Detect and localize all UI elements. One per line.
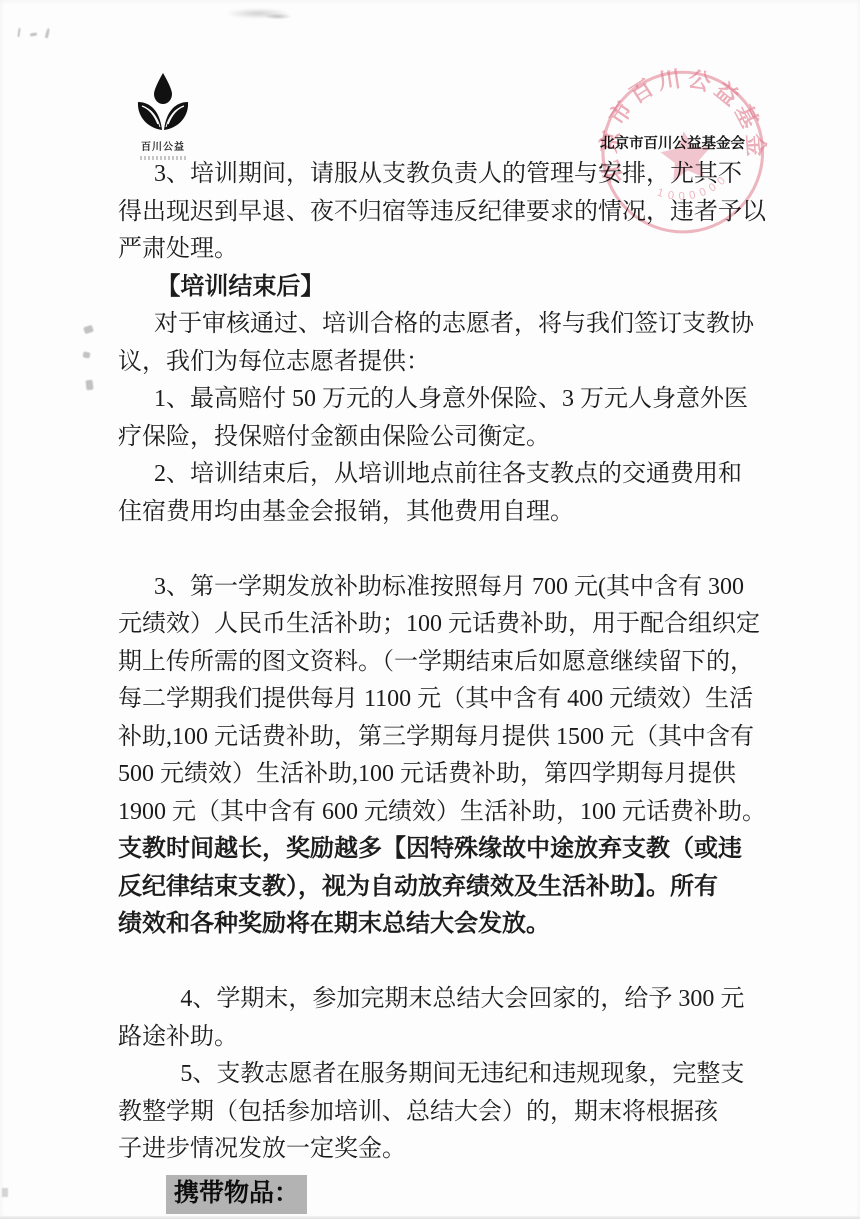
paragraph-return-subsidy: 4、学期末，参加完期末总结大会回家的，给予 300 元 路途补助。 (118, 981, 818, 1056)
subsidy-bold-clause: 支教时间越长，奖励越多【因特殊缘故中途放弃支教（或违 反纪律结束支教），视为自动… (118, 836, 742, 937)
paragraph-insurance: 1、最高赔付 50 万元的人身意外保险、3 万元人身意外医 疗保险，投保赔付金额… (118, 381, 818, 456)
paragraph-subsidy: 3、第一学期发放补助标准按照每月 700 元(其中含有 300 元绩效）人民币生… (118, 531, 818, 981)
scan-smudge (212, 6, 304, 21)
margin-pencil-mark (83, 351, 91, 358)
scan-speck (17, 28, 20, 37)
seal-code: 1000000 (653, 171, 733, 206)
margin-pencil-mark (85, 380, 93, 391)
scanned-document-page: 百川公益 北京市百川公益基金会 北京市百川公益基金会 1000000 3、培训期… (0, 0, 860, 1219)
paragraph-bonus: 5、支教志愿者在服务期间无违纪和违规现象，完整支 教整学期（包括参加培训、总结大… (118, 1056, 818, 1169)
paragraph-travel-reimbursement: 2、培训结束后，从培训地点前往各支教点的交通费用和 住宿费用均由基金会报销，其他… (118, 456, 818, 531)
carry-items-label: 携带物品： (166, 1175, 307, 1214)
logo-name: 百川公益 (128, 138, 198, 153)
paragraph-agreement: 对于审核通过、培训合格的志愿者，将与我们签订支教协 议，我们为每位志愿者提供： (118, 306, 818, 381)
scan-speck (45, 28, 50, 38)
document-body: 3、培训期间，请服从支教负责人的管理与安排，尤其不 得出现迟到早退、夜不归宿等违… (118, 156, 818, 1214)
scan-speck (30, 32, 37, 36)
subsidy-normal-text: 3、第一学期发放补助标准按照每月 700 元(其中含有 300 元绩效）人民币生… (118, 574, 766, 825)
scan-smudge (258, 12, 298, 21)
margin-pencil-mark (83, 325, 94, 334)
heading-after-training: 【培训结束后】 (118, 269, 818, 307)
foundation-seal: 北京市百川公益基金会 1000000 (587, 57, 780, 250)
scan-speck (2, 1188, 8, 1197)
svg-text:1000000: 1000000 (653, 171, 733, 206)
org-logo: 百川公益 (128, 72, 198, 160)
drop-and-leaves-icon (135, 72, 191, 136)
star-icon (659, 129, 714, 182)
